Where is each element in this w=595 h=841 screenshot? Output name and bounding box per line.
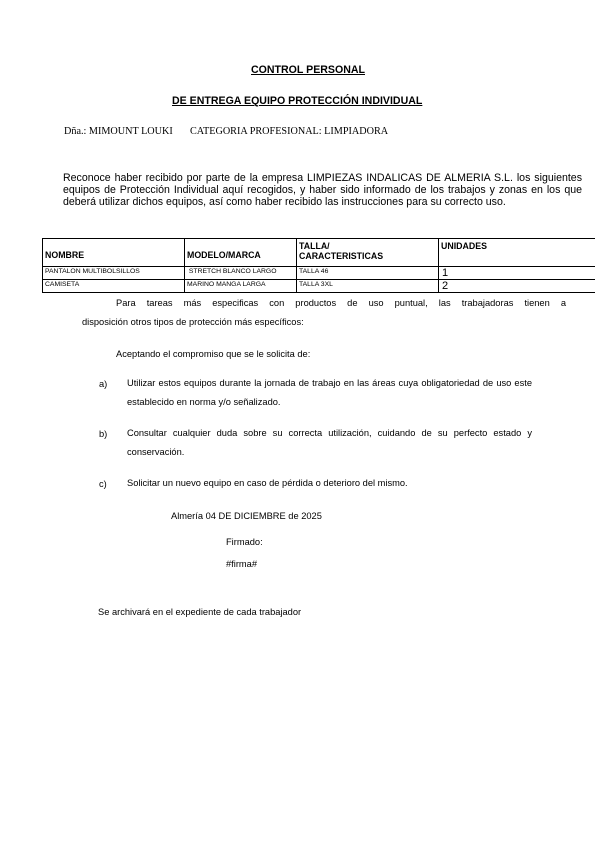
cell-nombre: CAMISETA (43, 280, 185, 293)
commitment-b-text: Consultar cualquier duda sobre su correc… (127, 424, 532, 462)
equipment-table: NOMBRE MODELO/MARCA TALLA/ CARACTERISTIC… (42, 238, 595, 293)
cell-nombre: PANTALON MULTIBOLSILLOS (43, 267, 185, 280)
commitment-a-text: Utilizar estos equipos durante la jornad… (127, 374, 532, 412)
cell-unidades: 1 (439, 267, 595, 280)
header-talla: TALLA/ CARACTERISTICAS (297, 239, 439, 267)
place-date: Almería 04 DE DICIEMBRE de 2025 (171, 511, 322, 521)
cell-modelo: MARINO MANGA LARGA (185, 280, 297, 293)
commitment-intro: Aceptando el compromiso que se le solici… (116, 349, 310, 359)
table-row: CAMISETA MARINO MANGA LARGA TALLA 3XL 2 (43, 280, 595, 293)
specific-paragraph-line2: disposición otros tipos de protección má… (82, 317, 304, 327)
cell-talla: TALLA 46 (297, 267, 439, 280)
cell-modelo: STRETCH BLANCO LARGO (185, 267, 297, 280)
commitment-c-letter: c) (99, 479, 107, 489)
specific-paragraph-line1: Para tareas más especificas con producto… (116, 298, 566, 308)
signed-label: Firmado: (226, 537, 263, 547)
archive-note: Se archivará en el expediente de cada tr… (98, 607, 301, 617)
header-unidades: UNIDADES (439, 239, 595, 267)
intro-paragraph: Reconoce haber recibido por parte de la … (63, 172, 582, 208)
commitment-c-text: Solicitar un nuevo equipo en caso de pér… (127, 474, 532, 493)
document-title: CONTROL PERSONAL (251, 64, 365, 76)
commitment-a-letter: a) (99, 379, 107, 389)
employee-name: Dña.: MIMOUNT LOUKI (64, 126, 173, 137)
document-subtitle: DE ENTREGA EQUIPO PROTECCIÓN INDIVIDUAL (172, 95, 422, 107)
cell-talla: TALLA 3XL (297, 280, 439, 293)
professional-category: CATEGORIA PROFESIONAL: LIMPIADORA (190, 126, 388, 137)
header-modelo: MODELO/MARCA (185, 239, 297, 267)
table-header-row: NOMBRE MODELO/MARCA TALLA/ CARACTERISTIC… (43, 239, 595, 267)
cell-unidades: 2 (439, 280, 595, 293)
commitment-b-letter: b) (99, 429, 107, 439)
header-nombre: NOMBRE (43, 239, 185, 267)
table-row: PANTALON MULTIBOLSILLOS STRETCH BLANCO L… (43, 267, 595, 280)
signature-placeholder: #firma# (226, 559, 257, 569)
